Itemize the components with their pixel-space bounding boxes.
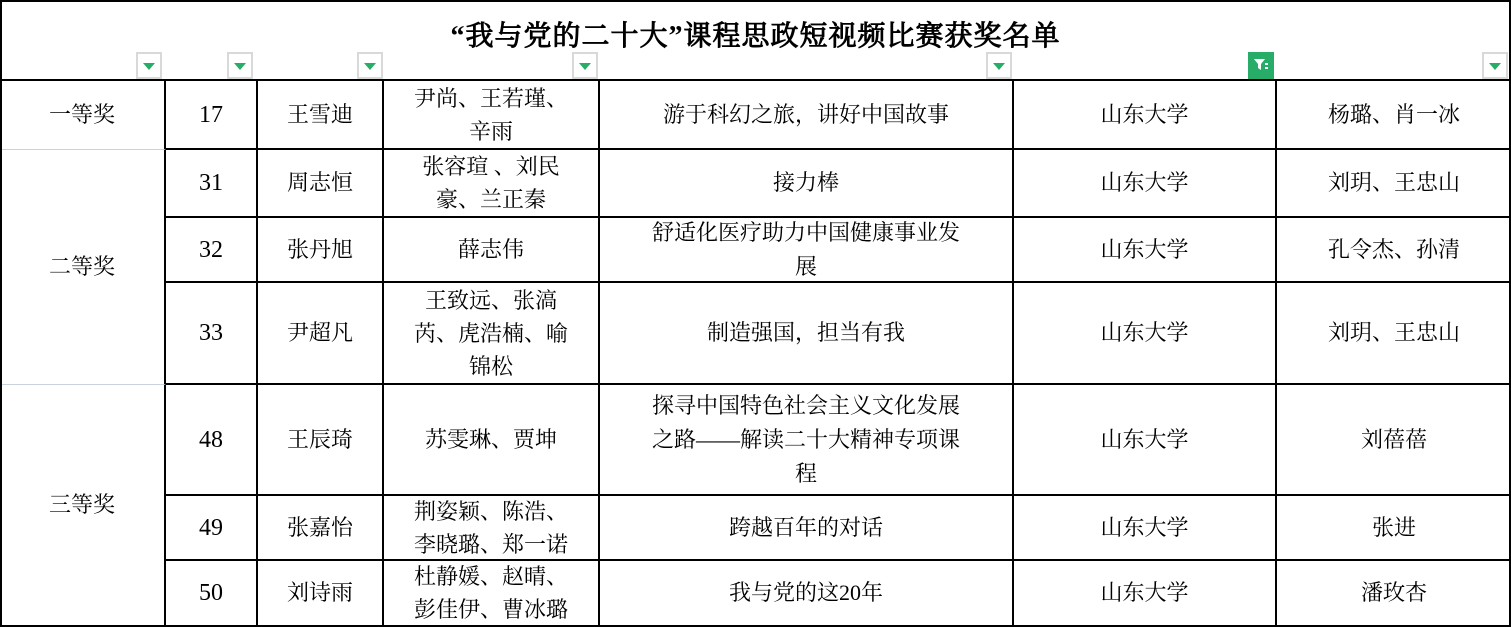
cell-number[interactable]: 50: [166, 561, 258, 627]
cell-work-title[interactable]: 探寻中国特色社会主义文化发展之路——解读二十大精神专项课程: [600, 385, 1014, 496]
award-group-first-prize[interactable]: 一等奖: [0, 81, 166, 150]
cell-advisors[interactable]: 刘玥、王忠山: [1277, 283, 1511, 385]
cell-university[interactable]: 山东大学: [1014, 385, 1277, 496]
cell-university[interactable]: 山东大学: [1014, 561, 1277, 627]
cell-leader[interactable]: 王雪迪: [258, 81, 384, 150]
cell-number[interactable]: 31: [166, 150, 258, 218]
award-table: 一等奖 二等奖 三等奖 17 王雪迪 尹尚、王若瑾、辛雨 游于科幻之旅，讲好中国…: [0, 81, 1511, 627]
cell-leader[interactable]: 王辰琦: [258, 385, 384, 496]
filter-dropdown-leader[interactable]: [357, 52, 383, 79]
chevron-down-icon: [234, 62, 246, 70]
cell-advisors[interactable]: 杨璐、肖一冰: [1277, 81, 1511, 150]
cell-work-title[interactable]: 游于科幻之旅，讲好中国故事: [600, 81, 1014, 150]
cell-number[interactable]: 49: [166, 496, 258, 561]
cell-members[interactable]: 荆姿颖、陈浩、李晓璐、郑一诺: [384, 496, 600, 561]
page-title: “我与党的二十大”课程思政短视频比赛获奖名单: [450, 14, 1060, 54]
cell-university[interactable]: 山东大学: [1014, 283, 1277, 385]
cell-members[interactable]: 薛志伟: [384, 218, 600, 283]
cell-work-title[interactable]: 接力棒: [600, 150, 1014, 218]
cell-leader[interactable]: 张丹旭: [258, 218, 384, 283]
cell-advisors[interactable]: 刘蓓蓓: [1277, 385, 1511, 496]
cell-university[interactable]: 山东大学: [1014, 81, 1277, 150]
chevron-down-icon: [364, 62, 376, 70]
cell-advisors[interactable]: 潘玫杏: [1277, 561, 1511, 627]
cell-work-title[interactable]: 跨越百年的对话: [600, 496, 1014, 561]
spreadsheet-award-list: “我与党的二十大”课程思政短视频比赛获奖名单 一等奖 二等奖 三等奖 17: [0, 0, 1511, 627]
cell-members[interactable]: 尹尚、王若瑾、辛雨: [384, 81, 600, 150]
chevron-down-icon: [579, 62, 591, 70]
cell-members[interactable]: 张容瑄 、刘民豪、兰正秦: [384, 150, 600, 218]
cell-members[interactable]: 杜静媛、赵晴、彭佳伊、曹冰璐: [384, 561, 600, 627]
chevron-down-icon: [143, 62, 155, 70]
cell-number[interactable]: 17: [166, 81, 258, 150]
cell-number[interactable]: 48: [166, 385, 258, 496]
cell-university[interactable]: 山东大学: [1014, 150, 1277, 218]
cell-members[interactable]: 苏雯琳、贾坤: [384, 385, 600, 496]
cell-advisors[interactable]: 张进: [1277, 496, 1511, 561]
cell-advisors[interactable]: 孔令杰、孙清: [1277, 218, 1511, 283]
award-group-third-prize[interactable]: 三等奖: [0, 385, 166, 627]
filter-dropdown-number[interactable]: [227, 52, 253, 79]
chevron-down-icon: [993, 62, 1005, 70]
cell-leader[interactable]: 刘诗雨: [258, 561, 384, 627]
cell-leader[interactable]: 尹超凡: [258, 283, 384, 385]
cell-members[interactable]: 王致远、张滈芮、虎浩楠、喻锦松: [384, 283, 600, 385]
funnel-icon: [1253, 58, 1269, 73]
chevron-down-icon: [1489, 62, 1501, 70]
filter-dropdown-worktitle[interactable]: [986, 52, 1012, 79]
cell-university[interactable]: 山东大学: [1014, 218, 1277, 283]
cell-leader[interactable]: 张嘉怡: [258, 496, 384, 561]
cell-work-title[interactable]: 我与党的这20年: [600, 561, 1014, 627]
cell-leader[interactable]: 周志恒: [258, 150, 384, 218]
filter-dropdown-members[interactable]: [572, 52, 598, 79]
cell-number[interactable]: 32: [166, 218, 258, 283]
cell-work-title[interactable]: 制造强国，担当有我: [600, 283, 1014, 385]
filter-dropdown-advisors[interactable]: [1482, 52, 1508, 79]
filter-dropdown-university-active[interactable]: [1248, 52, 1274, 79]
cell-work-title[interactable]: 舒适化医疗助力中国健康事业发展: [600, 218, 1014, 283]
filter-dropdown-award[interactable]: [136, 52, 162, 79]
cell-number[interactable]: 33: [166, 283, 258, 385]
cell-university[interactable]: 山东大学: [1014, 496, 1277, 561]
award-group-second-prize[interactable]: 二等奖: [0, 150, 166, 385]
cell-advisors[interactable]: 刘玥、王忠山: [1277, 150, 1511, 218]
